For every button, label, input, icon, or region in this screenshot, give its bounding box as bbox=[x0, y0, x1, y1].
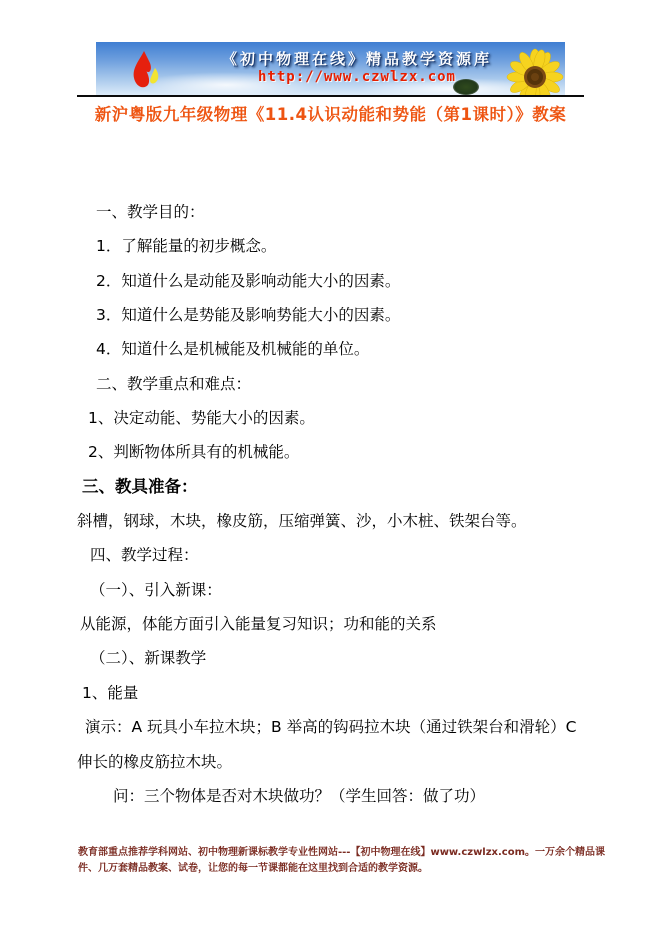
doc-line: 1．了解能量的初步概念。 bbox=[0, 229, 661, 263]
footer-line: 件、几万套精品教案、试卷，让您的每一节课都能在这里找到合适的教学资源。 bbox=[78, 861, 584, 877]
doc-line: 二、教学重点和难点： bbox=[0, 367, 661, 401]
flame-logo-icon bbox=[124, 48, 170, 92]
doc-line: 一、教学目的： bbox=[0, 195, 661, 229]
leaf-decoration bbox=[453, 79, 479, 95]
doc-line: 伸长的橡皮筋拉木块。 bbox=[0, 745, 661, 779]
site-banner: 《初中物理在线》精品教学资源库 http://www.czwlzx.com bbox=[96, 42, 565, 95]
page-footer: 教育部重点推荐学科网站、初中物理新课标教学专业性网站---【初中物理在线】www… bbox=[78, 845, 584, 877]
doc-line: 2、判断物体所具有的机械能。 bbox=[0, 435, 661, 469]
doc-line: 问：三个物体是否对木块做功？（学生回答：做了功） bbox=[0, 779, 661, 813]
page-title: 新沪粤版九年级物理《11.4认识动能和势能（第1课时）》教案 bbox=[0, 101, 661, 125]
doc-line: 从能源，体能方面引入能量复习知识；功和能的关系 bbox=[0, 607, 661, 641]
sunflower-image bbox=[493, 43, 565, 95]
doc-line: （一）、引入新课： bbox=[0, 573, 661, 607]
doc-line: 2．知道什么是动能及影响动能大小的因素。 bbox=[0, 264, 661, 298]
doc-line: 斜槽，钢球，木块，橡皮筋，压缩弹簧、沙，小木桩、铁架台等。 bbox=[0, 504, 661, 538]
doc-line: 四、教学过程： bbox=[0, 538, 661, 572]
document-page: 《初中物理在线》精品教学资源库 http://www.czwlzx.com bbox=[0, 0, 661, 936]
doc-line: 3．知道什么是势能及影响势能大小的因素。 bbox=[0, 298, 661, 332]
header-divider bbox=[77, 95, 584, 97]
footer-line: 教育部重点推荐学科网站、初中物理新课标教学专业性网站---【初中物理在线】www… bbox=[78, 845, 584, 861]
doc-line: 三、教具准备： bbox=[0, 470, 661, 504]
doc-body: 一、教学目的：1．了解能量的初步概念。2．知道什么是动能及影响动能大小的因素。3… bbox=[0, 195, 661, 813]
doc-line: （二）、新课教学 bbox=[0, 641, 661, 675]
doc-line: 1、能量 bbox=[0, 676, 661, 710]
banner-site-title: 《初中物理在线》精品教学资源库 bbox=[192, 48, 522, 69]
doc-line: 4．知道什么是机械能及机械能的单位。 bbox=[0, 332, 661, 366]
doc-line: 演示：A 玩具小车拉木块；B 举高的钩码拉木块（通过铁架台和滑轮）C bbox=[0, 710, 661, 744]
doc-line: 1、决定动能、势能大小的因素。 bbox=[0, 401, 661, 435]
